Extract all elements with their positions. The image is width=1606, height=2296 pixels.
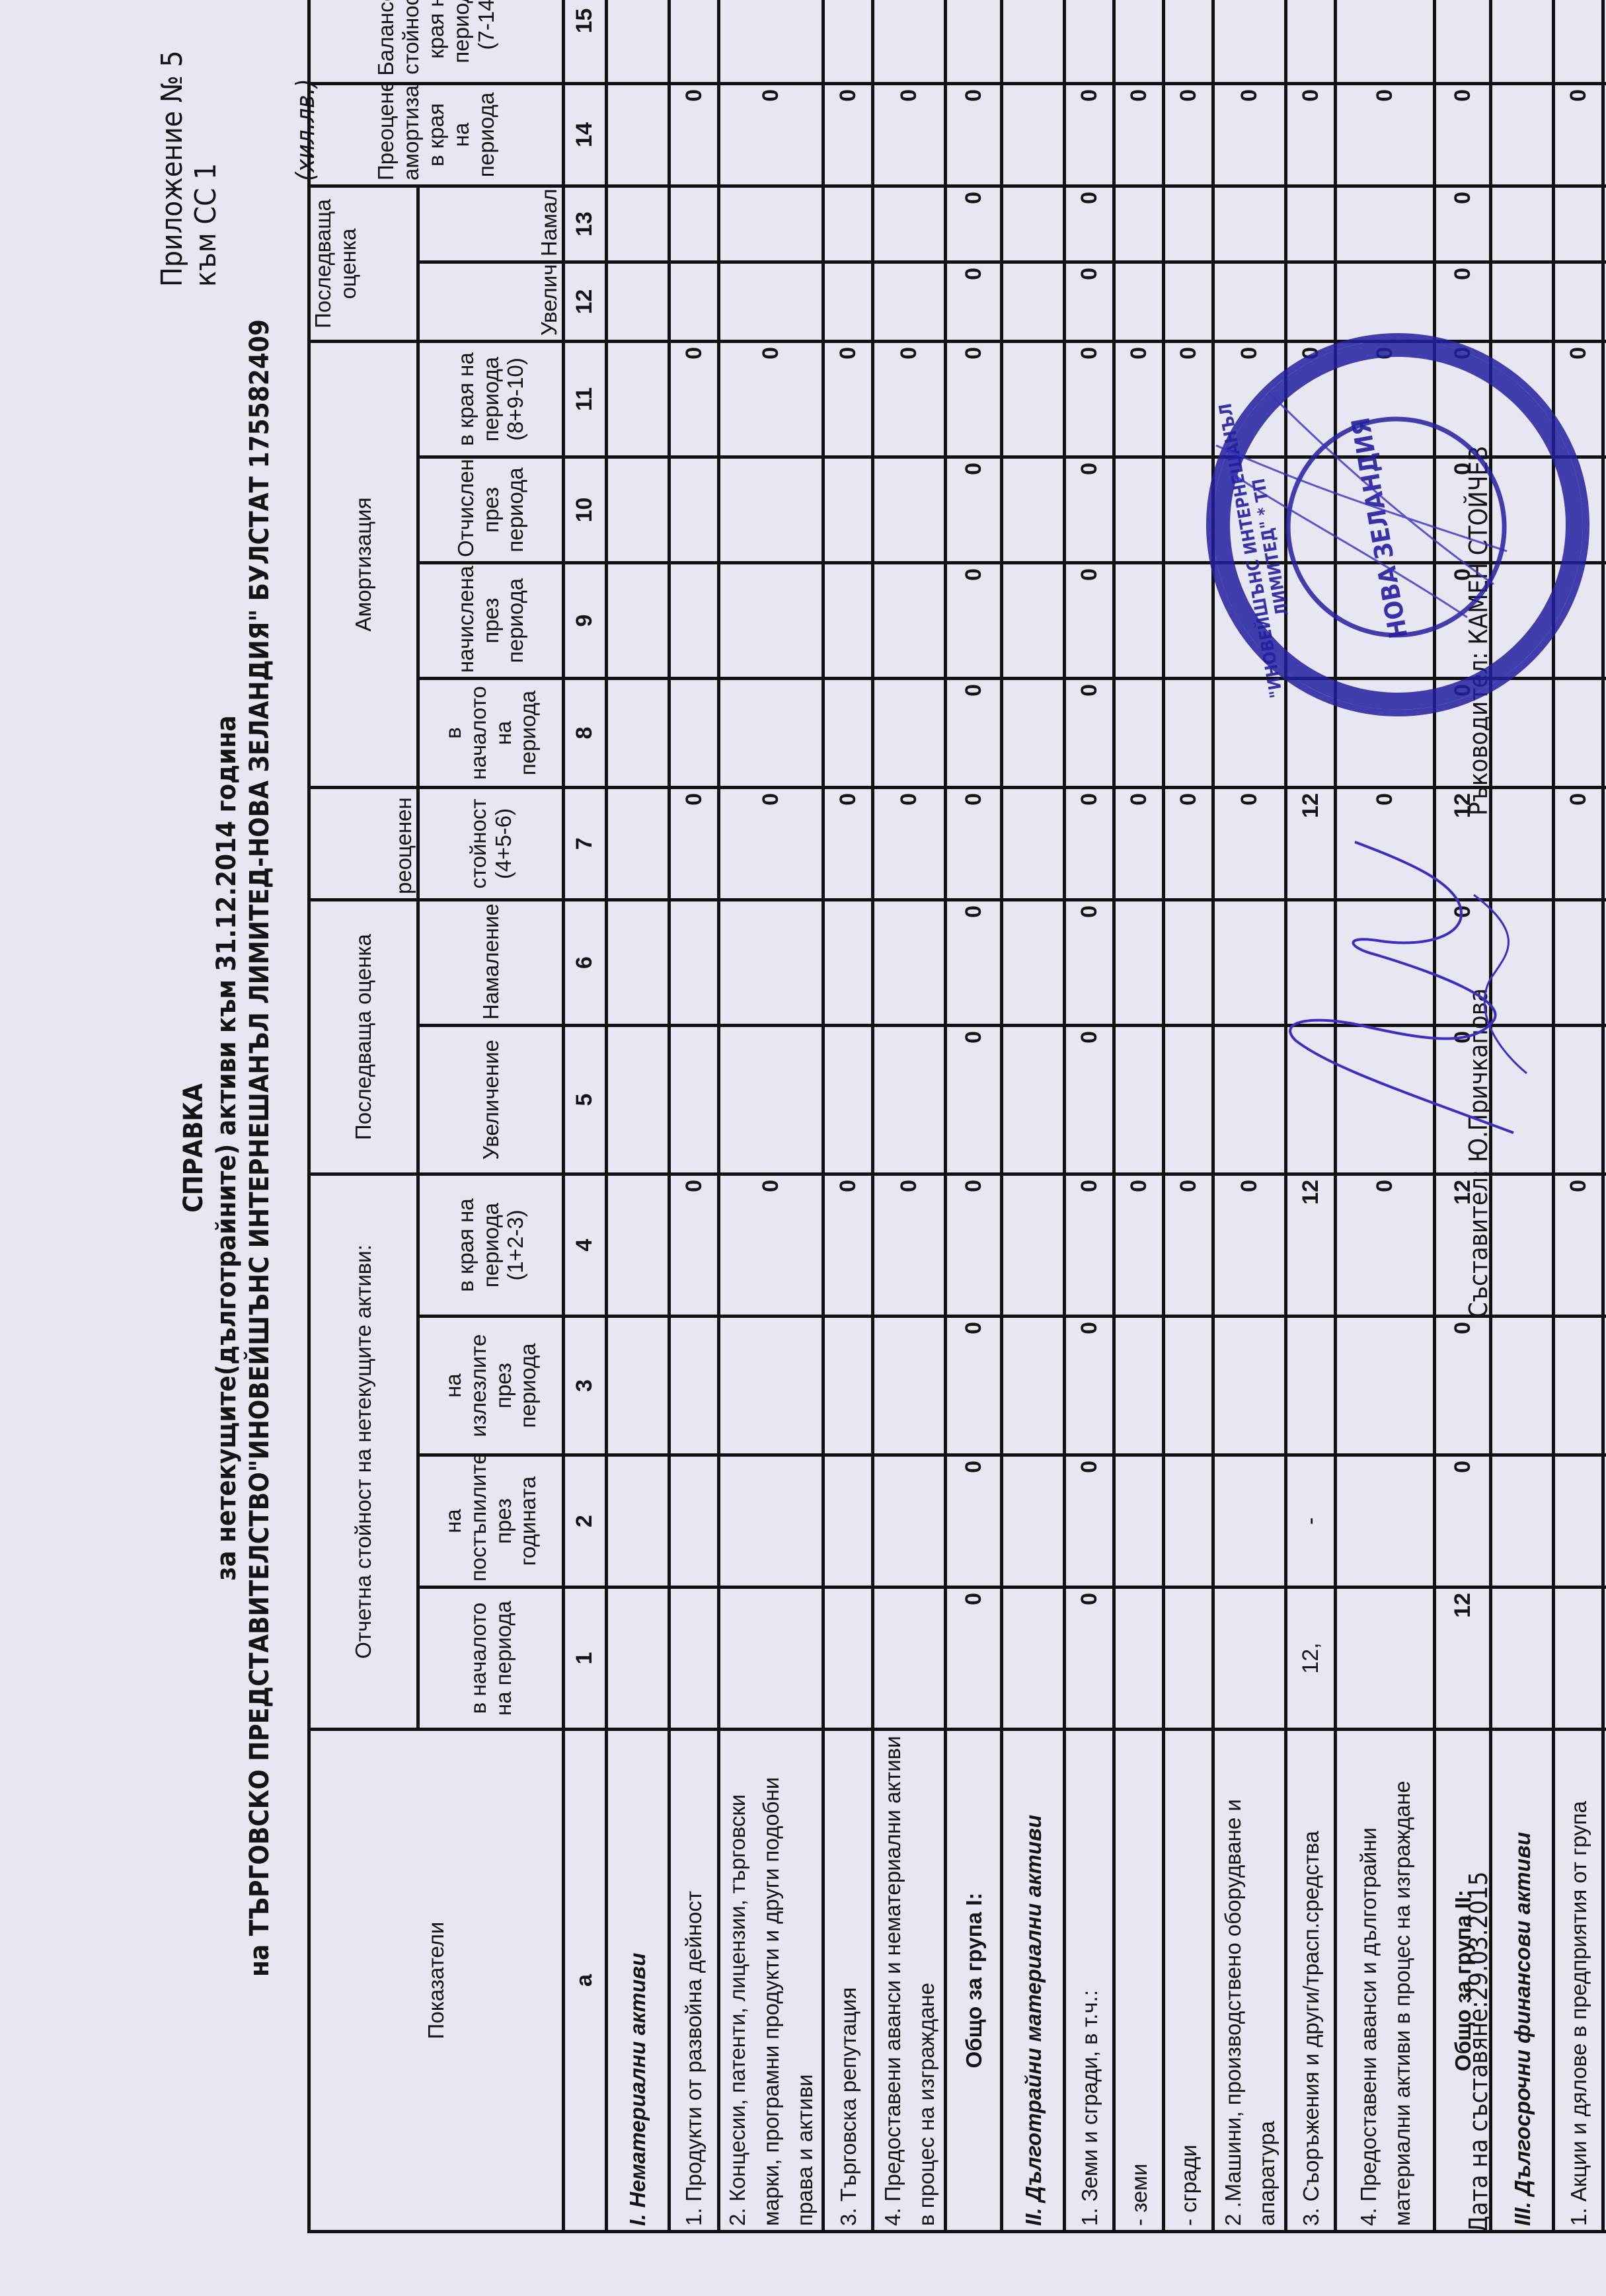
cell-col-14: 0 — [1065, 83, 1114, 186]
cell-col-3 — [1213, 1317, 1286, 1455]
subheader-c9: начислена през периода — [418, 563, 564, 679]
cell-col-1 — [1554, 1588, 1603, 1730]
cell-col-8 — [1491, 679, 1554, 788]
column-number: 13 — [564, 186, 607, 262]
cell-col-11: 0 — [1554, 341, 1603, 457]
cell-col-1 — [823, 1588, 873, 1730]
cell-col-5 — [1164, 1026, 1213, 1174]
cell-col-6 — [1002, 900, 1065, 1026]
cell-col-2 — [1603, 1455, 1606, 1588]
column-number: 6 — [564, 900, 607, 1026]
cell-col-6 — [1286, 900, 1336, 1026]
manager-name: Ръководител: КАМЕН СТОЙЧЕВ — [1464, 446, 1493, 816]
cell-col-10 — [669, 457, 719, 563]
cell-col-8 — [1213, 679, 1286, 788]
cell-col-12: 0 — [946, 262, 1002, 341]
cell-col-13 — [719, 186, 823, 262]
cell-col-14: 0 — [669, 83, 719, 186]
column-number: 9 — [564, 563, 607, 679]
cell-col-2 — [1491, 1455, 1554, 1588]
cell-col-6 — [719, 900, 823, 1026]
cell-col-10 — [873, 457, 946, 563]
cell-col-9 — [669, 563, 719, 679]
cell-col-2 — [719, 1455, 823, 1588]
cell-col-8 — [1554, 679, 1603, 788]
row-label: 1. Акции и дялове в предприятия от група — [1554, 1730, 1603, 2232]
header-revalued: реоценен — [309, 788, 418, 900]
column-number: 14 — [564, 83, 607, 186]
cell-col-9 — [1554, 563, 1603, 679]
row-label: - сгради — [1164, 1730, 1213, 2232]
cell-col-12 — [1164, 262, 1213, 341]
cell-col-10 — [1491, 457, 1554, 563]
cell-col-10 — [1554, 457, 1603, 563]
cell-col-3 — [719, 1317, 823, 1455]
cell-col-11 — [1002, 341, 1065, 457]
cell-col-7: 0 — [1164, 788, 1213, 900]
cell-col-15: 0 — [1114, 0, 1164, 83]
cell-col-4 — [607, 1174, 669, 1317]
cell-col-15: 12 — [1435, 0, 1491, 83]
cell-col-2 — [1002, 1455, 1065, 1588]
cell-col-8 — [873, 679, 946, 788]
cell-col-14: 0 — [719, 83, 823, 186]
row-label: 2. Концесии, патенти, лицензии, търговск… — [719, 1730, 823, 2232]
cell-col-9 — [823, 563, 873, 679]
cell-col-14: 0 — [1435, 83, 1491, 186]
cell-col-10 — [607, 457, 669, 563]
cell-col-9 — [1603, 563, 1606, 679]
document-title: СПРАВКА — [178, 0, 209, 2296]
cell-col-3 — [1336, 1317, 1435, 1455]
table-row: 4. Предоставени аванси и нематериални ак… — [873, 0, 946, 2232]
cell-col-15: 0 — [823, 0, 873, 83]
cell-col-5 — [1213, 1026, 1286, 1174]
cell-col-14: 0 — [1603, 83, 1606, 186]
table-row: I. Нематериални активи — [607, 0, 669, 2232]
table-row: 2 .Машини, производствено оборудване и а… — [1213, 0, 1286, 2232]
row-label: 1. Продукти от развойна дейност — [669, 1730, 719, 2232]
cell-col-4: 0 — [1554, 1174, 1603, 1317]
cell-col-1 — [1336, 1588, 1435, 1730]
row-label: Общо за група I: — [946, 1730, 1002, 2232]
cell-col-10 — [1286, 457, 1336, 563]
cell-col-6 — [1336, 900, 1435, 1026]
header-amortization: Амортизация — [309, 341, 418, 787]
cell-col-12 — [607, 262, 669, 341]
cell-col-4: 12 — [1286, 1174, 1336, 1317]
subheader-c11: в края на периода (8+9-10) — [418, 341, 564, 457]
cell-col-8 — [1002, 679, 1065, 788]
cell-col-8 — [1114, 679, 1164, 788]
cell-col-5 — [873, 1026, 946, 1174]
cell-col-4: 0 — [823, 1174, 873, 1317]
cell-col-6 — [1114, 900, 1164, 1026]
table-row: 4. Предоставени аванси и дълготрайни мат… — [1336, 0, 1435, 2232]
cell-col-4: 0 — [1336, 1174, 1435, 1317]
cell-col-9 — [607, 563, 669, 679]
cell-col-2: 0 — [1435, 1455, 1491, 1588]
cell-col-7: 0 — [1065, 788, 1114, 900]
cell-col-6 — [1164, 900, 1213, 1026]
entity-name: на ТЪРГОВСКО ПРЕДСТАВИТЕЛСТВО"ИНОВЕЙШЪНС… — [245, 0, 275, 2296]
cell-col-11: 0 — [669, 341, 719, 457]
cell-col-9 — [1213, 563, 1286, 679]
cell-col-13: 0 — [1435, 186, 1491, 262]
cell-col-5 — [1554, 1026, 1603, 1174]
cell-col-2: - — [1286, 1455, 1336, 1588]
cell-col-13 — [1554, 186, 1603, 262]
cell-col-6 — [1554, 900, 1603, 1026]
cell-col-4: 0 — [669, 1174, 719, 1317]
cell-col-9 — [1114, 563, 1164, 679]
cell-col-4: 0 — [1164, 1174, 1213, 1317]
cell-col-12 — [719, 262, 823, 341]
column-number: 1 — [564, 1588, 607, 1730]
cell-col-15: 0 — [1065, 0, 1114, 83]
row-label: III. Дългосрочни финансови активи — [1491, 1730, 1554, 2232]
cell-col-11: 0 — [1435, 341, 1491, 457]
cell-col-8: 0 — [1065, 679, 1114, 788]
table-row: - сгради00000 — [1164, 0, 1213, 2232]
cell-col-6 — [823, 900, 873, 1026]
cell-col-4: 0 — [1603, 1174, 1606, 1317]
cell-col-12 — [1002, 262, 1065, 341]
cell-col-5 — [1603, 1026, 1606, 1174]
cell-col-15: 0 — [946, 0, 1002, 83]
cell-col-1: 12 — [1435, 1588, 1491, 1730]
cell-col-11: 0 — [1213, 341, 1286, 457]
cell-col-14: 0 — [946, 83, 1002, 186]
row-label: 1. Земи и сгради, в т.ч.: — [1065, 1730, 1114, 2232]
cell-col-2 — [1164, 1455, 1213, 1588]
subheader-c3: на излезлите през периода — [418, 1317, 564, 1455]
table-row: 3. Търговска репутация00000 — [823, 0, 873, 2232]
cell-col-12 — [873, 262, 946, 341]
subheader-c7: стойност (4+5-6) — [418, 788, 564, 900]
cell-col-9 — [719, 563, 823, 679]
cell-col-11 — [1491, 341, 1554, 457]
cell-col-15 — [1491, 0, 1554, 83]
cell-col-15: 0 — [1603, 0, 1606, 83]
cell-col-14: 0 — [873, 83, 946, 186]
cell-col-13 — [873, 186, 946, 262]
cell-col-1 — [1603, 1588, 1606, 1730]
cell-col-7: 0 — [669, 788, 719, 900]
subheader-c5: Увеличение — [418, 1026, 564, 1174]
cell-col-11: 0 — [1603, 341, 1606, 457]
cell-col-3 — [1002, 1317, 1065, 1455]
cell-col-4: 0 — [1114, 1174, 1164, 1317]
cell-col-11: 0 — [1336, 341, 1435, 457]
table-row: 1. Земи и сгради, в т.ч.:000000000000000 — [1065, 0, 1114, 2232]
cell-col-2 — [1554, 1455, 1603, 1588]
cell-col-7 — [1491, 788, 1554, 900]
cell-col-1: 0 — [1065, 1588, 1114, 1730]
table-row: 2. Предоставени заеми на предприятия от … — [1603, 0, 1606, 2232]
cell-col-14 — [1002, 83, 1065, 186]
cell-col-11: 0 — [946, 341, 1002, 457]
cell-col-3: 0 — [946, 1317, 1002, 1455]
cell-col-5 — [719, 1026, 823, 1174]
cell-col-2: 0 — [946, 1455, 1002, 1588]
cell-col-3 — [1554, 1317, 1603, 1455]
compiler-name: Съставител: Ю.Причкапова — [1464, 988, 1493, 1318]
cell-col-8: 0 — [946, 679, 1002, 788]
column-number: 4 — [564, 1174, 607, 1317]
cell-col-14: 0 — [1213, 83, 1286, 186]
cell-col-11: 0 — [1065, 341, 1114, 457]
cell-col-15: 0 — [873, 0, 946, 83]
cell-col-3 — [823, 1317, 873, 1455]
cell-col-11: 0 — [1164, 341, 1213, 457]
cell-col-1: 12, — [1286, 1588, 1336, 1730]
cell-col-15: 0 — [1554, 0, 1603, 83]
cell-col-10 — [823, 457, 873, 563]
cell-col-5 — [1336, 1026, 1435, 1174]
cell-col-12 — [1491, 262, 1554, 341]
cell-col-10: 0 — [1065, 457, 1114, 563]
cell-col-9 — [1336, 563, 1435, 679]
cell-col-7: 12 — [1286, 788, 1336, 900]
cell-col-4 — [1002, 1174, 1065, 1317]
cell-col-15: 0 — [669, 0, 719, 83]
cell-col-6 — [1491, 900, 1554, 1026]
cell-col-7 — [607, 788, 669, 900]
header-revalued-amortization: Преоценена амортизация в края на периода — [309, 83, 564, 186]
cell-col-5 — [1114, 1026, 1164, 1174]
column-number: 15 — [564, 0, 607, 83]
cell-col-15: 0 — [1213, 0, 1286, 83]
cell-col-7: 0 — [946, 788, 1002, 900]
cell-col-14: 0 — [1336, 83, 1435, 186]
cell-col-10 — [1114, 457, 1164, 563]
header-indicators: Показатели — [309, 1730, 564, 2232]
cell-col-8 — [823, 679, 873, 788]
cell-col-12 — [669, 262, 719, 341]
cell-col-15: 0 — [719, 0, 823, 83]
row-label: II. Дълготрайни материални активи — [1002, 1730, 1065, 2232]
cell-col-1 — [1114, 1588, 1164, 1730]
subheader-c13: Намаление — [418, 186, 564, 262]
subheader-c4: в края на периода (1+2-3) — [418, 1174, 564, 1317]
header-balance-value: Балансова стойност в края на периода (7-… — [309, 0, 564, 83]
table-body: I. Нематериални активи1. Продукти от раз… — [607, 0, 1606, 2232]
cell-col-15 — [1002, 0, 1065, 83]
cell-col-6 — [669, 900, 719, 1026]
cell-col-4: 0 — [1213, 1174, 1286, 1317]
cell-col-12: 0 — [1435, 262, 1491, 341]
row-label: 4. Предоставени аванси и нематериални ак… — [873, 1730, 946, 2232]
cell-col-13 — [607, 186, 669, 262]
cell-col-7 — [1002, 788, 1065, 900]
table-row: II. Дълготрайни материални активи — [1002, 0, 1065, 2232]
cell-col-10: 0 — [946, 457, 1002, 563]
column-number: 11 — [564, 341, 607, 457]
cell-col-8 — [1286, 679, 1336, 788]
cell-col-13 — [1491, 186, 1554, 262]
table-row: 1. Акции и дялове в предприятия от група… — [1554, 0, 1603, 2232]
row-label: 2. Предоставени заеми на предприятия от … — [1603, 1730, 1606, 2232]
cell-col-9 — [1164, 563, 1213, 679]
column-number: а — [564, 1730, 607, 2232]
cell-col-4 — [1491, 1174, 1554, 1317]
cell-col-1 — [1213, 1588, 1286, 1730]
cell-col-2 — [1114, 1455, 1164, 1588]
cell-col-12 — [1336, 262, 1435, 341]
cell-col-12 — [1213, 262, 1286, 341]
column-number: 2 — [564, 1455, 607, 1588]
cell-col-1 — [1002, 1588, 1065, 1730]
row-label: I. Нематериални активи — [607, 1730, 669, 2232]
cell-col-1 — [873, 1588, 946, 1730]
cell-col-8 — [1336, 679, 1435, 788]
row-label: 3. Съоръжения и други/трасп.средства — [1286, 1730, 1336, 2232]
header-reporting-value: Отчетна стойност на нетекущите активи: — [309, 1174, 418, 1730]
document-page: Приложение № 5 към СС 1 СПРАВКА за нетек… — [0, 0, 1606, 2296]
table-row: III. Дългосрочни финансови активи — [1491, 0, 1554, 2232]
cell-col-8 — [1603, 679, 1606, 788]
cell-col-13 — [1213, 186, 1286, 262]
cell-col-3 — [1114, 1317, 1164, 1455]
cell-col-3 — [873, 1317, 946, 1455]
cell-col-15: 12 — [1286, 0, 1336, 83]
cell-col-4: 0 — [873, 1174, 946, 1317]
cell-col-12 — [1603, 262, 1606, 341]
cell-col-3 — [1491, 1317, 1554, 1455]
cell-col-15: 0 — [1336, 0, 1435, 83]
cell-col-10 — [719, 457, 823, 563]
cell-col-14: 0 — [1286, 83, 1336, 186]
cell-col-12: 0 — [1065, 262, 1114, 341]
cell-col-1 — [607, 1588, 669, 1730]
cell-col-4: 0 — [1065, 1174, 1114, 1317]
cell-col-12 — [823, 262, 873, 341]
column-number: 10 — [564, 457, 607, 563]
cell-col-3 — [1286, 1317, 1336, 1455]
subheader-c10: Отчислена през периода — [418, 457, 564, 563]
row-label: 2 .Машини, производствено оборудване и а… — [1213, 1730, 1286, 2232]
cell-col-1 — [1491, 1588, 1554, 1730]
cell-col-7: 0 — [1213, 788, 1286, 900]
cell-col-12 — [1114, 262, 1164, 341]
cell-col-2 — [669, 1455, 719, 1588]
cell-col-5 — [823, 1026, 873, 1174]
header-subsequent-valuation-2: Последваща оценка — [309, 186, 418, 341]
column-number: 7 — [564, 788, 607, 900]
cell-col-9 — [1002, 563, 1065, 679]
cell-col-10 — [1213, 457, 1286, 563]
cell-col-2 — [823, 1455, 873, 1588]
cell-col-5 — [669, 1026, 719, 1174]
cell-col-15: 0 — [1164, 0, 1213, 83]
column-number: 12 — [564, 262, 607, 341]
cell-col-8 — [669, 679, 719, 788]
cell-col-8 — [1164, 679, 1213, 788]
cell-col-1: 0 — [946, 1588, 1002, 1730]
cell-col-13 — [1336, 186, 1435, 262]
subheader-c12: Увеличение — [418, 262, 564, 341]
cell-col-7: 0 — [1336, 788, 1435, 900]
cell-col-9 — [1491, 563, 1554, 679]
cell-col-13 — [1603, 186, 1606, 262]
row-label: 3. Търговска репутация — [823, 1730, 873, 2232]
cell-col-15 — [607, 0, 669, 83]
cell-col-14: 0 — [823, 83, 873, 186]
header-subsequent-valuation: Последваща оценка — [309, 900, 418, 1174]
subheader-c1: в началото на периода — [418, 1588, 564, 1730]
cell-col-6 — [1603, 900, 1606, 1026]
cell-col-7: 0 — [1554, 788, 1603, 900]
cell-col-7: 0 — [1114, 788, 1164, 900]
cell-col-7: 0 — [719, 788, 823, 900]
cell-col-13: 0 — [946, 186, 1002, 262]
table-row: 2. Концесии, патенти, лицензии, търговск… — [719, 0, 823, 2232]
cell-col-6: 0 — [946, 900, 1002, 1026]
column-numbers-row: а123456789101112131415 — [564, 0, 607, 2232]
column-number: 8 — [564, 679, 607, 788]
cell-col-13 — [1164, 186, 1213, 262]
cell-col-9 — [1286, 563, 1336, 679]
cell-col-1 — [669, 1588, 719, 1730]
column-number: 5 — [564, 1026, 607, 1174]
cell-col-2 — [873, 1455, 946, 1588]
cell-col-12 — [1554, 262, 1603, 341]
cell-col-2 — [1213, 1455, 1286, 1588]
cell-col-9 — [873, 563, 946, 679]
cell-col-13 — [1002, 186, 1065, 262]
cell-col-2: 0 — [1065, 1455, 1114, 1588]
column-number: 3 — [564, 1317, 607, 1455]
cell-col-12 — [1286, 262, 1336, 341]
subheader-c6: Намаление — [418, 900, 564, 1026]
cell-col-10 — [1336, 457, 1435, 563]
cell-col-11: 0 — [873, 341, 946, 457]
cell-col-11 — [607, 341, 669, 457]
cell-col-9: 0 — [946, 563, 1002, 679]
cell-col-11: 0 — [1286, 341, 1336, 457]
compilation-date: Дата на съставяне:29.03.2015 — [1464, 1872, 1493, 2233]
cell-col-13 — [1114, 186, 1164, 262]
cell-col-13 — [823, 186, 873, 262]
non-current-assets-table: Показатели Отчетна стойност на нетекущит… — [307, 0, 1606, 2233]
cell-col-10 — [1164, 457, 1213, 563]
cell-col-3 — [1164, 1317, 1213, 1455]
cell-col-14: 0 — [1164, 83, 1213, 186]
cell-col-11: 0 — [719, 341, 823, 457]
cell-col-4: 0 — [719, 1174, 823, 1317]
cell-col-14: 0 — [1554, 83, 1603, 186]
document-subtitle: за нетекущите(дълготрайните) активи към … — [211, 0, 242, 2296]
cell-col-13: 0 — [1065, 186, 1114, 262]
cell-col-3: 0 — [1435, 1317, 1491, 1455]
cell-col-7: 0 — [823, 788, 873, 900]
cell-col-8 — [719, 679, 823, 788]
cell-col-5 — [1286, 1026, 1336, 1174]
table-row: - земи00000 — [1114, 0, 1164, 2232]
cell-col-7: 0 — [1603, 788, 1606, 900]
cell-col-4: 0 — [946, 1174, 1002, 1317]
cell-col-10 — [1002, 457, 1065, 563]
cell-col-6 — [873, 900, 946, 1026]
row-label: - земи — [1114, 1730, 1164, 2232]
cell-col-1 — [1164, 1588, 1213, 1730]
cell-col-3 — [669, 1317, 719, 1455]
cell-col-1 — [719, 1588, 823, 1730]
cell-col-5: 0 — [1065, 1026, 1114, 1174]
cell-col-6: 0 — [1065, 900, 1114, 1026]
cell-col-8 — [607, 679, 669, 788]
